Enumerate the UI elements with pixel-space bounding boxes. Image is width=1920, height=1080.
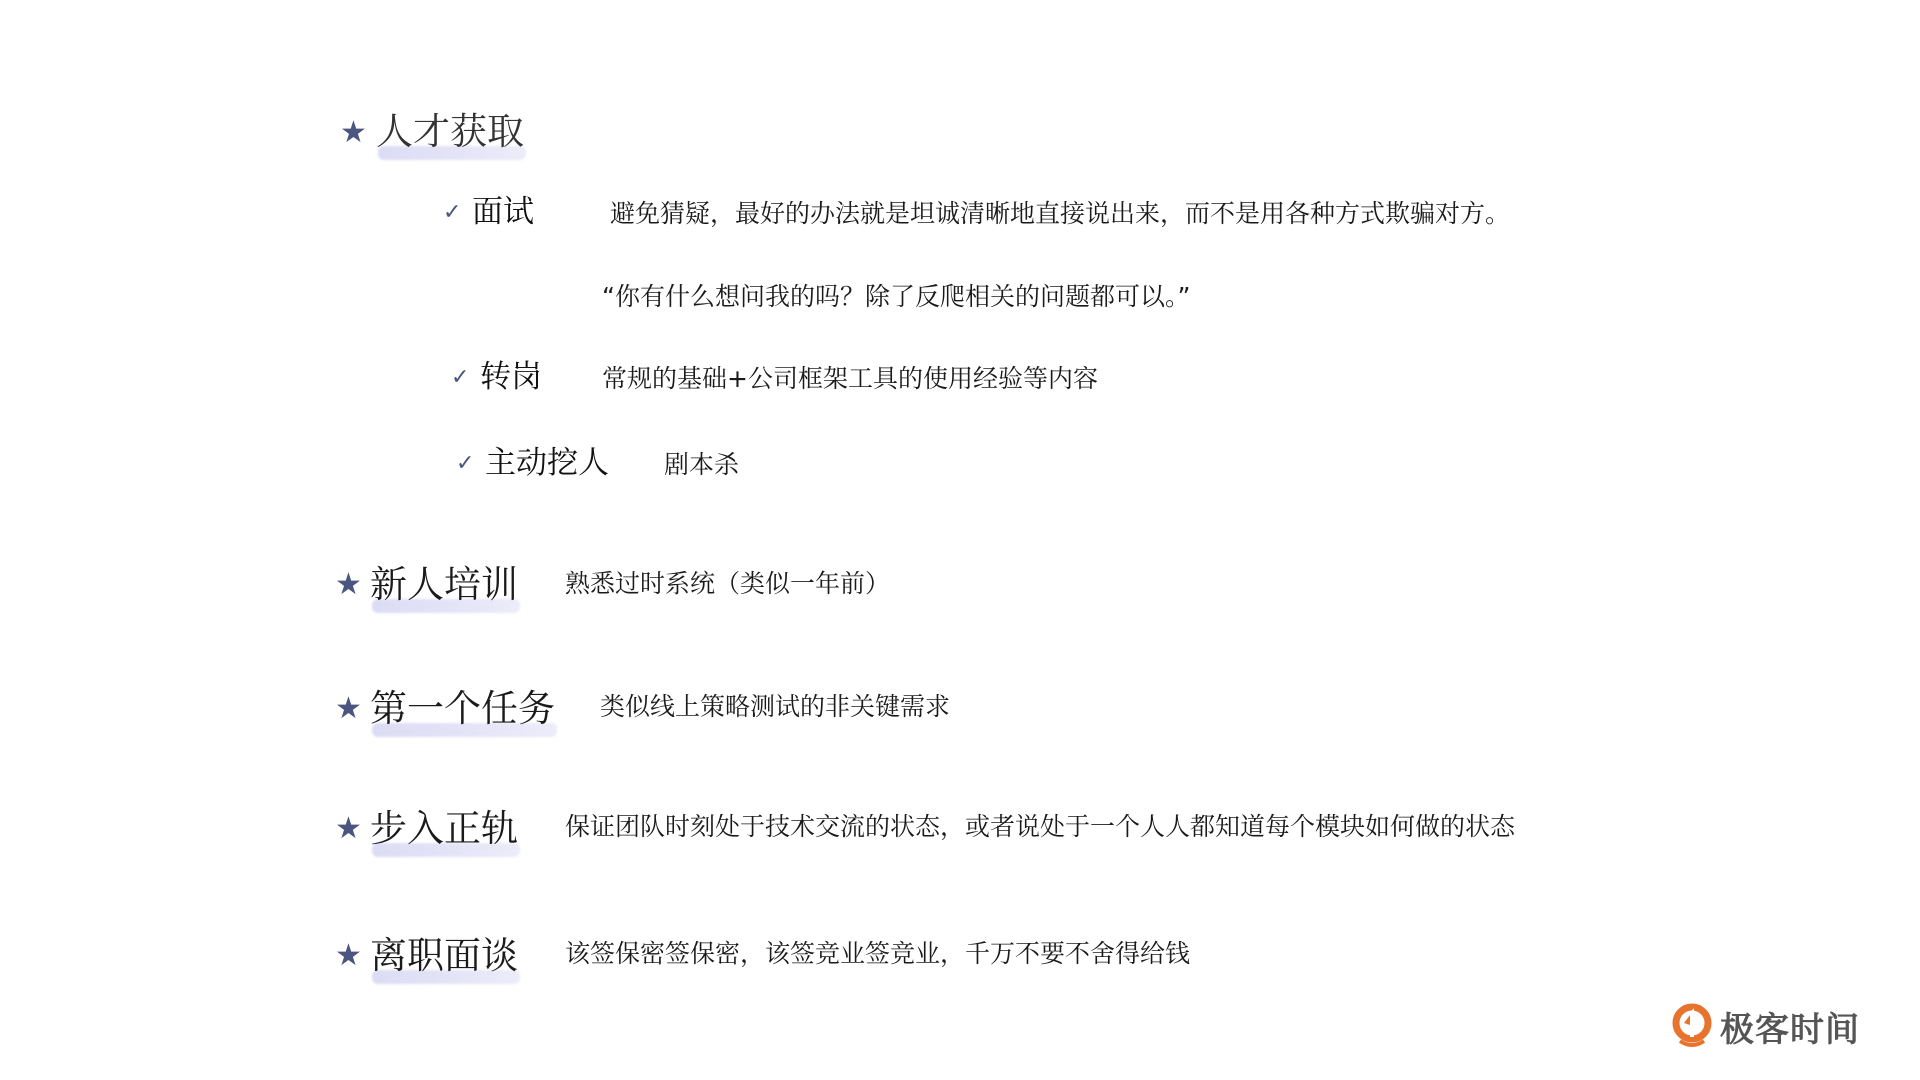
check-icon: ✓ [451, 367, 469, 389]
item-desc-transfer: 常规的基础+公司框架工具的使用经验等内容 [602, 366, 1098, 391]
star-icon: ★ [335, 694, 362, 724]
section-title-text: 步入正轨 [370, 807, 518, 850]
section-title-talent-acquisition: 人才获取 [376, 113, 524, 150]
section-desc-on-track: 保证团队时刻处于技术交流的状态，或者说处于一个人人都知道每个模块如何做的状态 [565, 814, 1515, 839]
item-desc-interview: 避免猜疑，最好的办法就是坦诚清晰地直接说出来，而不是用各种方式欺骗对方。 [610, 201, 1510, 226]
item-desc-headhunt: 剧本杀 [664, 452, 739, 477]
section-desc-onboarding: 熟悉过时系统（类似一年前） [565, 571, 890, 596]
star-icon: ★ [335, 814, 362, 844]
section-desc-first-task: 类似线上策略测试的非关键需求 [600, 694, 950, 719]
section-title-text: 人才获取 [376, 110, 524, 153]
check-icon: ✓ [443, 202, 461, 224]
item-label-headhunt: 主动挖人 [485, 448, 609, 479]
geektime-logo-icon [1670, 1003, 1714, 1051]
item-label-transfer: 转岗 [480, 362, 542, 393]
item-label-interview: 面试 [472, 197, 534, 228]
star-icon: ★ [335, 570, 362, 600]
check-icon: ✓ [456, 453, 474, 475]
star-icon: ★ [340, 118, 367, 148]
geektime-logo: 极客时间 [1670, 1002, 1860, 1051]
section-title-first-task: 第一个任务 [370, 690, 555, 727]
section-title-text: 新人培训 [370, 563, 518, 606]
section-title-exit-interview: 离职面谈 [370, 937, 518, 974]
geektime-logo-text: 极客时间 [1720, 1002, 1860, 1051]
section-title-text: 离职面谈 [370, 934, 518, 977]
item-quote-interview: “你有什么想问我的吗？除了反爬相关的问题都可以。” [602, 284, 1190, 309]
section-title-text: 第一个任务 [370, 687, 555, 730]
star-icon: ★ [335, 941, 362, 971]
section-desc-exit-interview: 该签保密签保密，该签竞业签竞业，千万不要不舍得给钱 [565, 941, 1190, 966]
section-title-on-track: 步入正轨 [370, 810, 518, 847]
section-title-onboarding: 新人培训 [370, 566, 518, 603]
